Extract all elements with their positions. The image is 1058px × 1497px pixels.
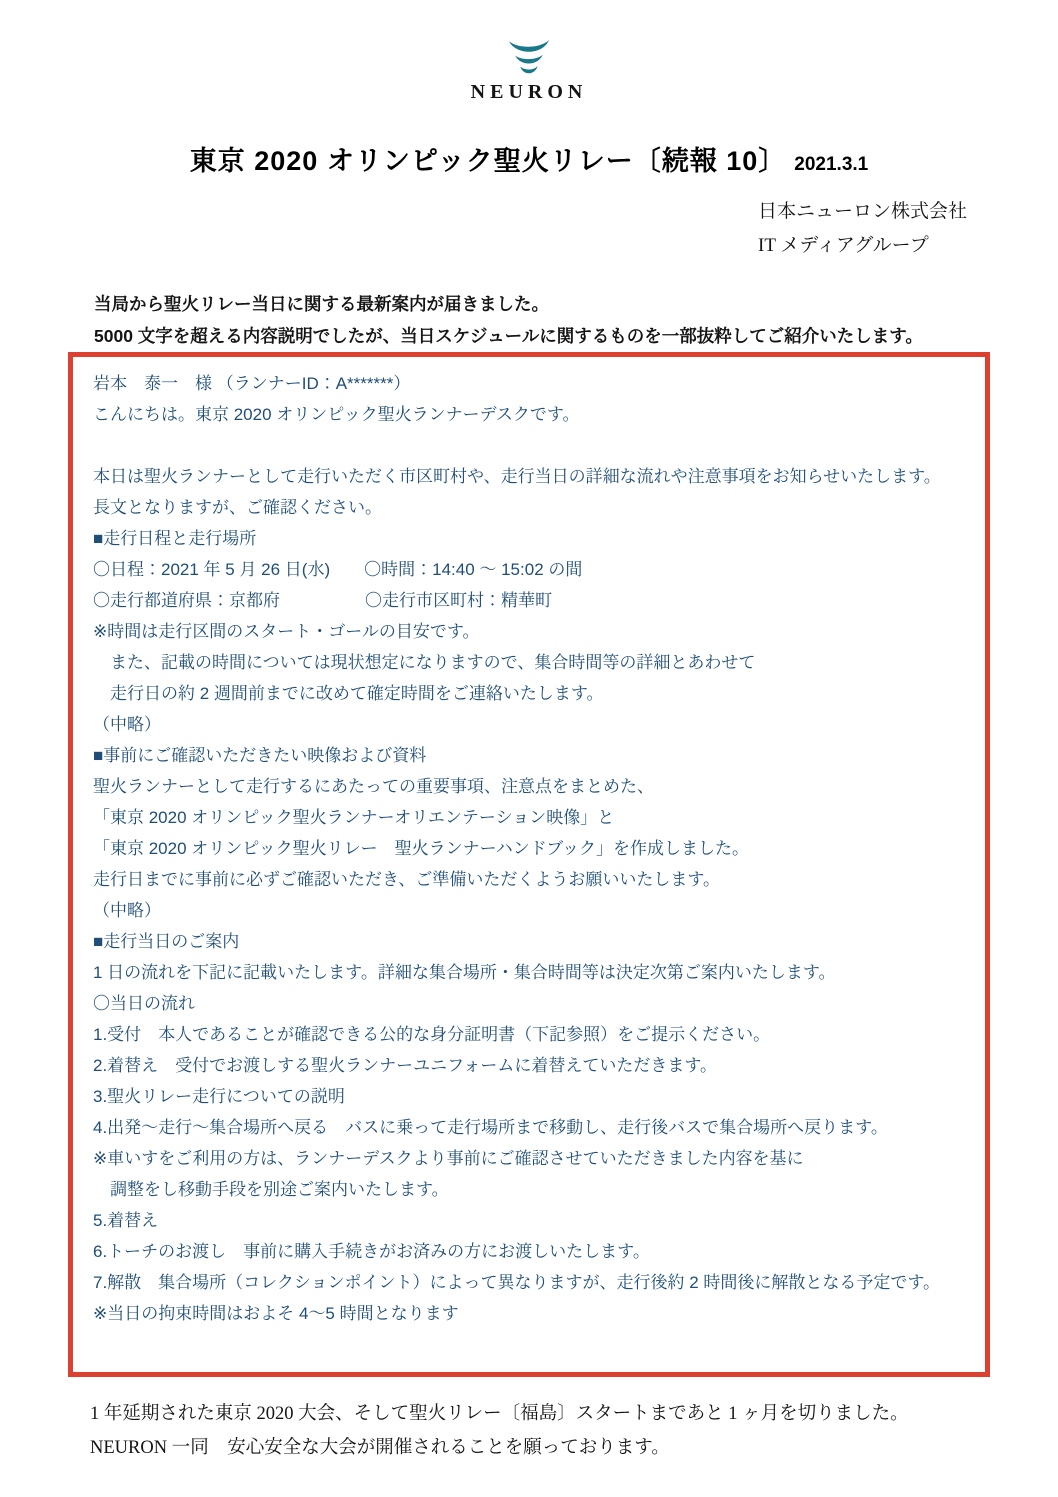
intro-line-2: 5000 文字を超える内容説明でしたが、当日スケジュールに関するものを一部抜粋し… — [94, 320, 923, 352]
footer-line-1: 1 年延期された東京 2020 大会、そして聖火リレー〔福島〕スタートまであと … — [90, 1397, 909, 1431]
logo: NEURON — [0, 40, 1058, 104]
letter-line: ※当日の拘束時間はおよそ 4～5 時間となります — [93, 1298, 965, 1329]
letter-line: ■事前にご確認いただきたい映像および資料 — [93, 740, 965, 771]
letter-line: 〇当日の流れ — [93, 988, 965, 1019]
letter-line: 1 日の流れを下記に記載いたします。詳細な集合場所・集合時間等は決定次第ご案内い… — [93, 957, 965, 988]
letter-line: 5.着替え — [93, 1205, 965, 1236]
letter-line: 1.受付 本人であることが確認できる公的な身分証明書（下記参照）をご提示ください… — [93, 1019, 965, 1050]
letter-line: 7.解散 集合場所（コレクションポイント）によって異なりますが、走行後約 2 時… — [93, 1267, 965, 1298]
letter-line — [93, 430, 965, 461]
neuron-swoosh-icon — [497, 40, 561, 76]
company-group: IT メディアグループ — [758, 229, 967, 263]
letter-line: 6.トーチのお渡し 事前に購入手続きがお済みの方にお渡しいたします。 — [93, 1236, 965, 1267]
company-block: 日本ニューロン株式会社 IT メディアグループ — [758, 195, 967, 263]
letter-line: また、記載の時間については現状想定になりますので、集合時間等の詳細とあわせて — [93, 647, 965, 678]
letter-line: こんにちは。東京 2020 オリンピック聖火ランナーデスクです。 — [93, 399, 965, 430]
letter-box: 岩本 泰一 様 （ランナーID：A*******）こんにちは。東京 2020 オ… — [68, 352, 990, 1377]
logo-brand-text: NEURON — [471, 81, 588, 104]
letter-line: 岩本 泰一 様 （ランナーID：A*******） — [93, 368, 965, 399]
letter-line: 聖火ランナーとして走行するにあたっての重要事項、注意点をまとめた、 — [93, 771, 965, 802]
letter-line: 走行日までに事前に必ずご確認いただき、ご準備いただくようお願いいたします。 — [93, 864, 965, 895]
letter-line: 3.聖火リレー走行についての説明 — [93, 1081, 965, 1112]
letter-line: 2.着替え 受付でお渡しする聖火ランナーユニフォームに着替えていただきます。 — [93, 1050, 965, 1081]
letter-line: （中略） — [93, 709, 965, 740]
letter-line: 調整をし移動手段を別途ご案内いたします。 — [93, 1174, 965, 1205]
intro-line-1: 当局から聖火リレー当日に関する最新案内が届きました。 — [94, 288, 923, 320]
company-name: 日本ニューロン株式会社 — [758, 195, 967, 229]
letter-line: 「東京 2020 オリンピック聖火ランナーオリエンテーション映像」と — [93, 802, 965, 833]
letter-body: 岩本 泰一 様 （ランナーID：A*******）こんにちは。東京 2020 オ… — [93, 368, 965, 1329]
document-page: NEURON 東京 2020 オリンピック聖火リレー〔続報 10〕2021.3.… — [0, 0, 1058, 1497]
title-row: 東京 2020 オリンピック聖火リレー〔続報 10〕2021.3.1 — [0, 139, 1058, 178]
intro-block: 当局から聖火リレー当日に関する最新案内が届きました。 5000 文字を超える内容… — [94, 288, 923, 352]
letter-line: ※車いすをご利用の方は、ランナーデスクより事前にご確認させていただきました内容を… — [93, 1143, 965, 1174]
footer-line-2: NEURON 一同 安心安全な大会が開催されることを願っております。 — [90, 1431, 909, 1465]
letter-line: ■走行日程と走行場所 — [93, 523, 965, 554]
letter-line: 本日は聖火ランナーとして走行いただく市区町村や、走行当日の詳細な流れや注意事項を… — [93, 461, 965, 492]
letter-line: 〇日程：2021 年 5 月 26 日(水) 〇時間：14:40 ～ 15:02… — [93, 554, 965, 585]
letter-line: 4.出発～走行～集合場所へ戻る バスに乗って走行場所まで移動し、走行後バスで集合… — [93, 1112, 965, 1143]
letter-line: 走行日の約 2 週間前までに改めて確定時間をご連絡いたします。 — [93, 678, 965, 709]
letter-line: （中略） — [93, 895, 965, 926]
letter-line: 長文となりますが、ご確認ください。 — [93, 492, 965, 523]
letter-line: ※時間は走行区間のスタート・ゴールの目安です。 — [93, 616, 965, 647]
letter-line: 「東京 2020 オリンピック聖火リレー 聖火ランナーハンドブック」を作成しまし… — [93, 833, 965, 864]
letter-line: 〇走行都道府県：京都府 〇走行市区町村：精華町 — [93, 585, 965, 616]
document-date: 2021.3.1 — [794, 154, 868, 175]
document-title: 東京 2020 オリンピック聖火リレー〔続報 10〕 — [190, 146, 787, 176]
footer-block: 1 年延期された東京 2020 大会、そして聖火リレー〔福島〕スタートまであと … — [90, 1397, 909, 1465]
letter-line: ■走行当日のご案内 — [93, 926, 965, 957]
